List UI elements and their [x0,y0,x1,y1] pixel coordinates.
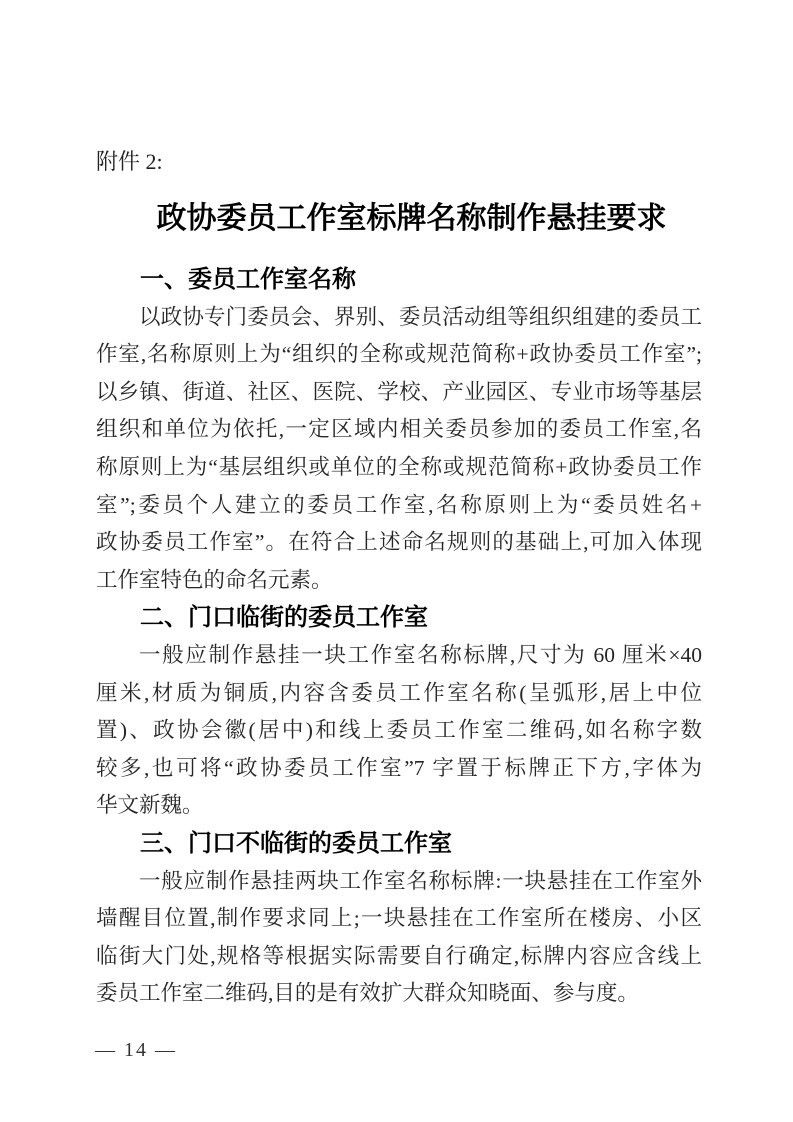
document-page: 附件 2: 政协委员工作室标牌名称制作悬挂要求 一、委员工作室名称以政协专门委员… [0,0,793,1122]
document-title: 政协委员工作室标牌名称制作悬挂要求 [0,197,793,241]
document-body: 一、委员工作室名称以政协专门委员会、界别、委员活动组等组织组建的委员工作室,名称… [96,261,702,1013]
body-line: 厘米,材质为铜质,内容含委员工作室名称(呈弧形,居上中位 [96,675,702,713]
body-line: 工作室特色的命名元素。 [96,562,702,600]
body-line: 称原则上为“基层组织或单位的全称或规范简称+政协委员工作 [96,449,702,487]
body-line: 墙醒目位置,制作要求同上;一块悬挂在工作室所在楼房、小区 [96,900,702,938]
body-line: 以政协专门委员会、界别、委员活动组等组织组建的委员工 [96,299,702,337]
body-line: 作室,名称原则上为“组织的全称或规范简称+政协委员工作室”; [96,336,702,374]
body-line: 组织和单位为依托,一定区域内相关委员参加的委员工作室,名 [96,411,702,449]
section-heading-2: 二、门口临街的委员工作室 [96,599,702,637]
section-heading-1: 一、委员工作室名称 [96,261,702,299]
body-line: 临街大门处,规格等根据实际需要自行确定,标牌内容应含线上 [96,938,702,976]
body-line: 一般应制作悬挂一块工作室名称标牌,尺寸为 60 厘米×40 [96,637,702,675]
body-line: 室”;委员个人建立的委员工作室,名称原则上为“委员姓名+ [96,487,702,525]
body-line: 委员工作室二维码,目的是有效扩大群众知晓面、参与度。 [96,975,702,1013]
body-line: 以乡镇、街道、社区、医院、学校、产业园区、专业市场等基层 [96,374,702,412]
body-line: 置)、政协会徽(居中)和线上委员工作室二维码,如名称字数 [96,712,702,750]
page-number: — 14 — [95,1036,177,1064]
body-line: 华文新魏。 [96,787,702,825]
body-line: 较多,也可将“政协委员工作室”7 字置于标牌正下方,字体为 [96,750,702,788]
attachment-label: 附件 2: [96,147,163,177]
section-heading-3: 三、门口不临街的委员工作室 [96,825,702,863]
body-line: 政协委员工作室”。在符合上述命名规则的基础上,可加入体现 [96,524,702,562]
body-line: 一般应制作悬挂两块工作室名称标牌:一块悬挂在工作室外 [96,863,702,901]
